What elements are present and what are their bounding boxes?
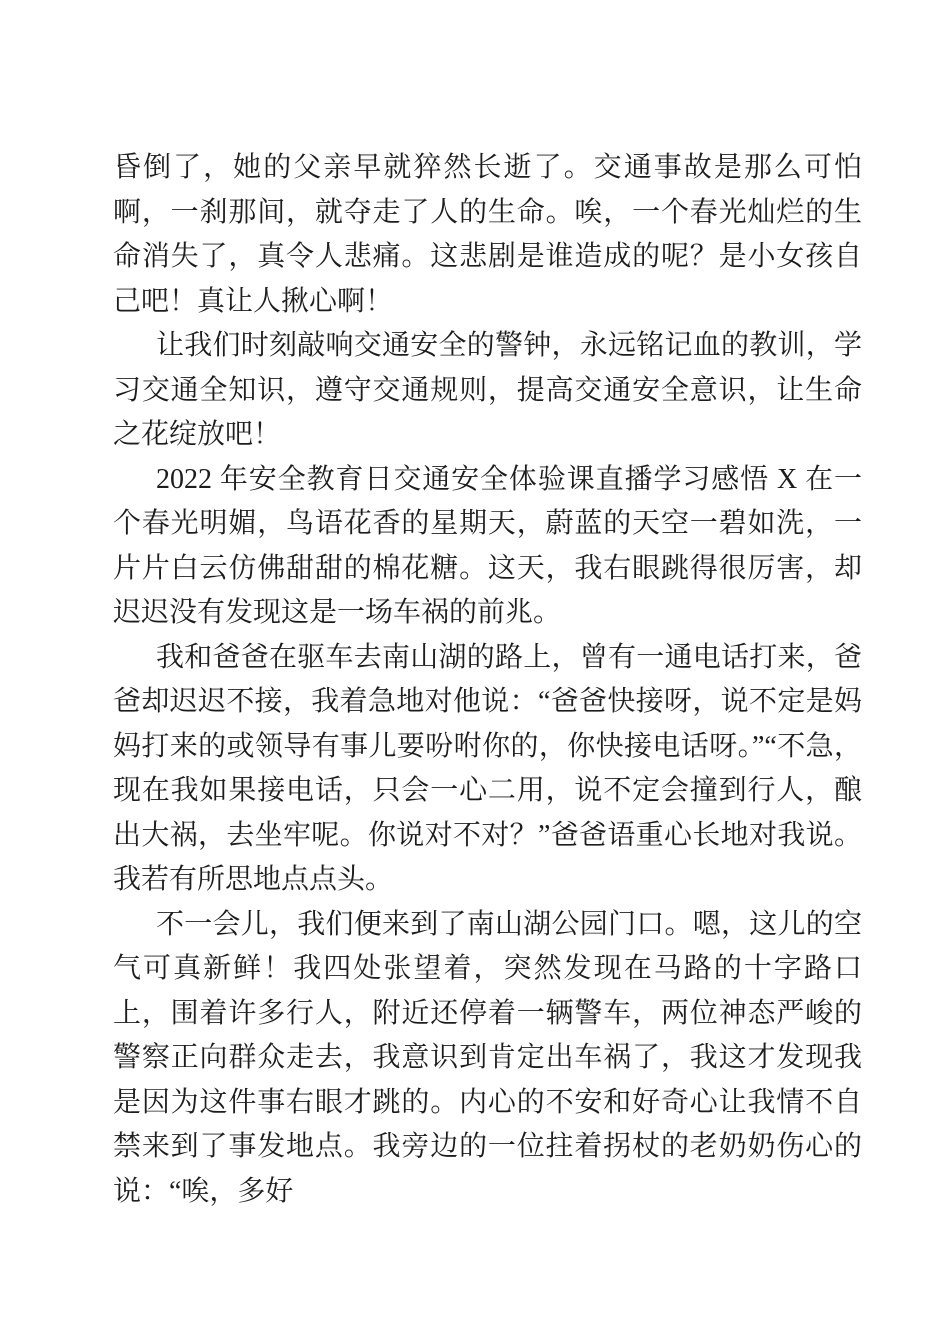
paragraph-continuation: 昏倒了，她的父亲早就猝然长逝了。交通事故是那么可怕啊，一刹那间，就夺走了人的生命… (113, 146, 862, 324)
document-body: 昏倒了，她的父亲早就猝然长逝了。交通事故是那么可怕啊，一刹那间，就夺走了人的生命… (113, 146, 862, 1214)
document-page: 昏倒了，她的父亲早就猝然长逝了。交通事故是那么可怕啊，一刹那间，就夺走了人的生命… (0, 0, 950, 1344)
paragraph-accident-scene: 不一会儿，我们便来到了南山湖公园门口。嗯，这儿的空气可真新鲜！我四处张望着，突然… (113, 903, 862, 1215)
paragraph-2022-reflection-intro: 2022 年安全教育日交通安全体验课直播学习感悟 X 在一个春光明媚，鸟语花香的… (113, 458, 862, 636)
paragraph-safety-appeal: 让我们时刻敲响交通安全的警钟，永远铭记血的教训，学习交通全知识，遵守交通规则，提… (113, 324, 862, 458)
paragraph-car-phone-dialogue: 我和爸爸在驱车去南山湖的路上，曾有一通电话打来，爸爸却迟迟不接，我着急地对他说：… (113, 636, 862, 903)
